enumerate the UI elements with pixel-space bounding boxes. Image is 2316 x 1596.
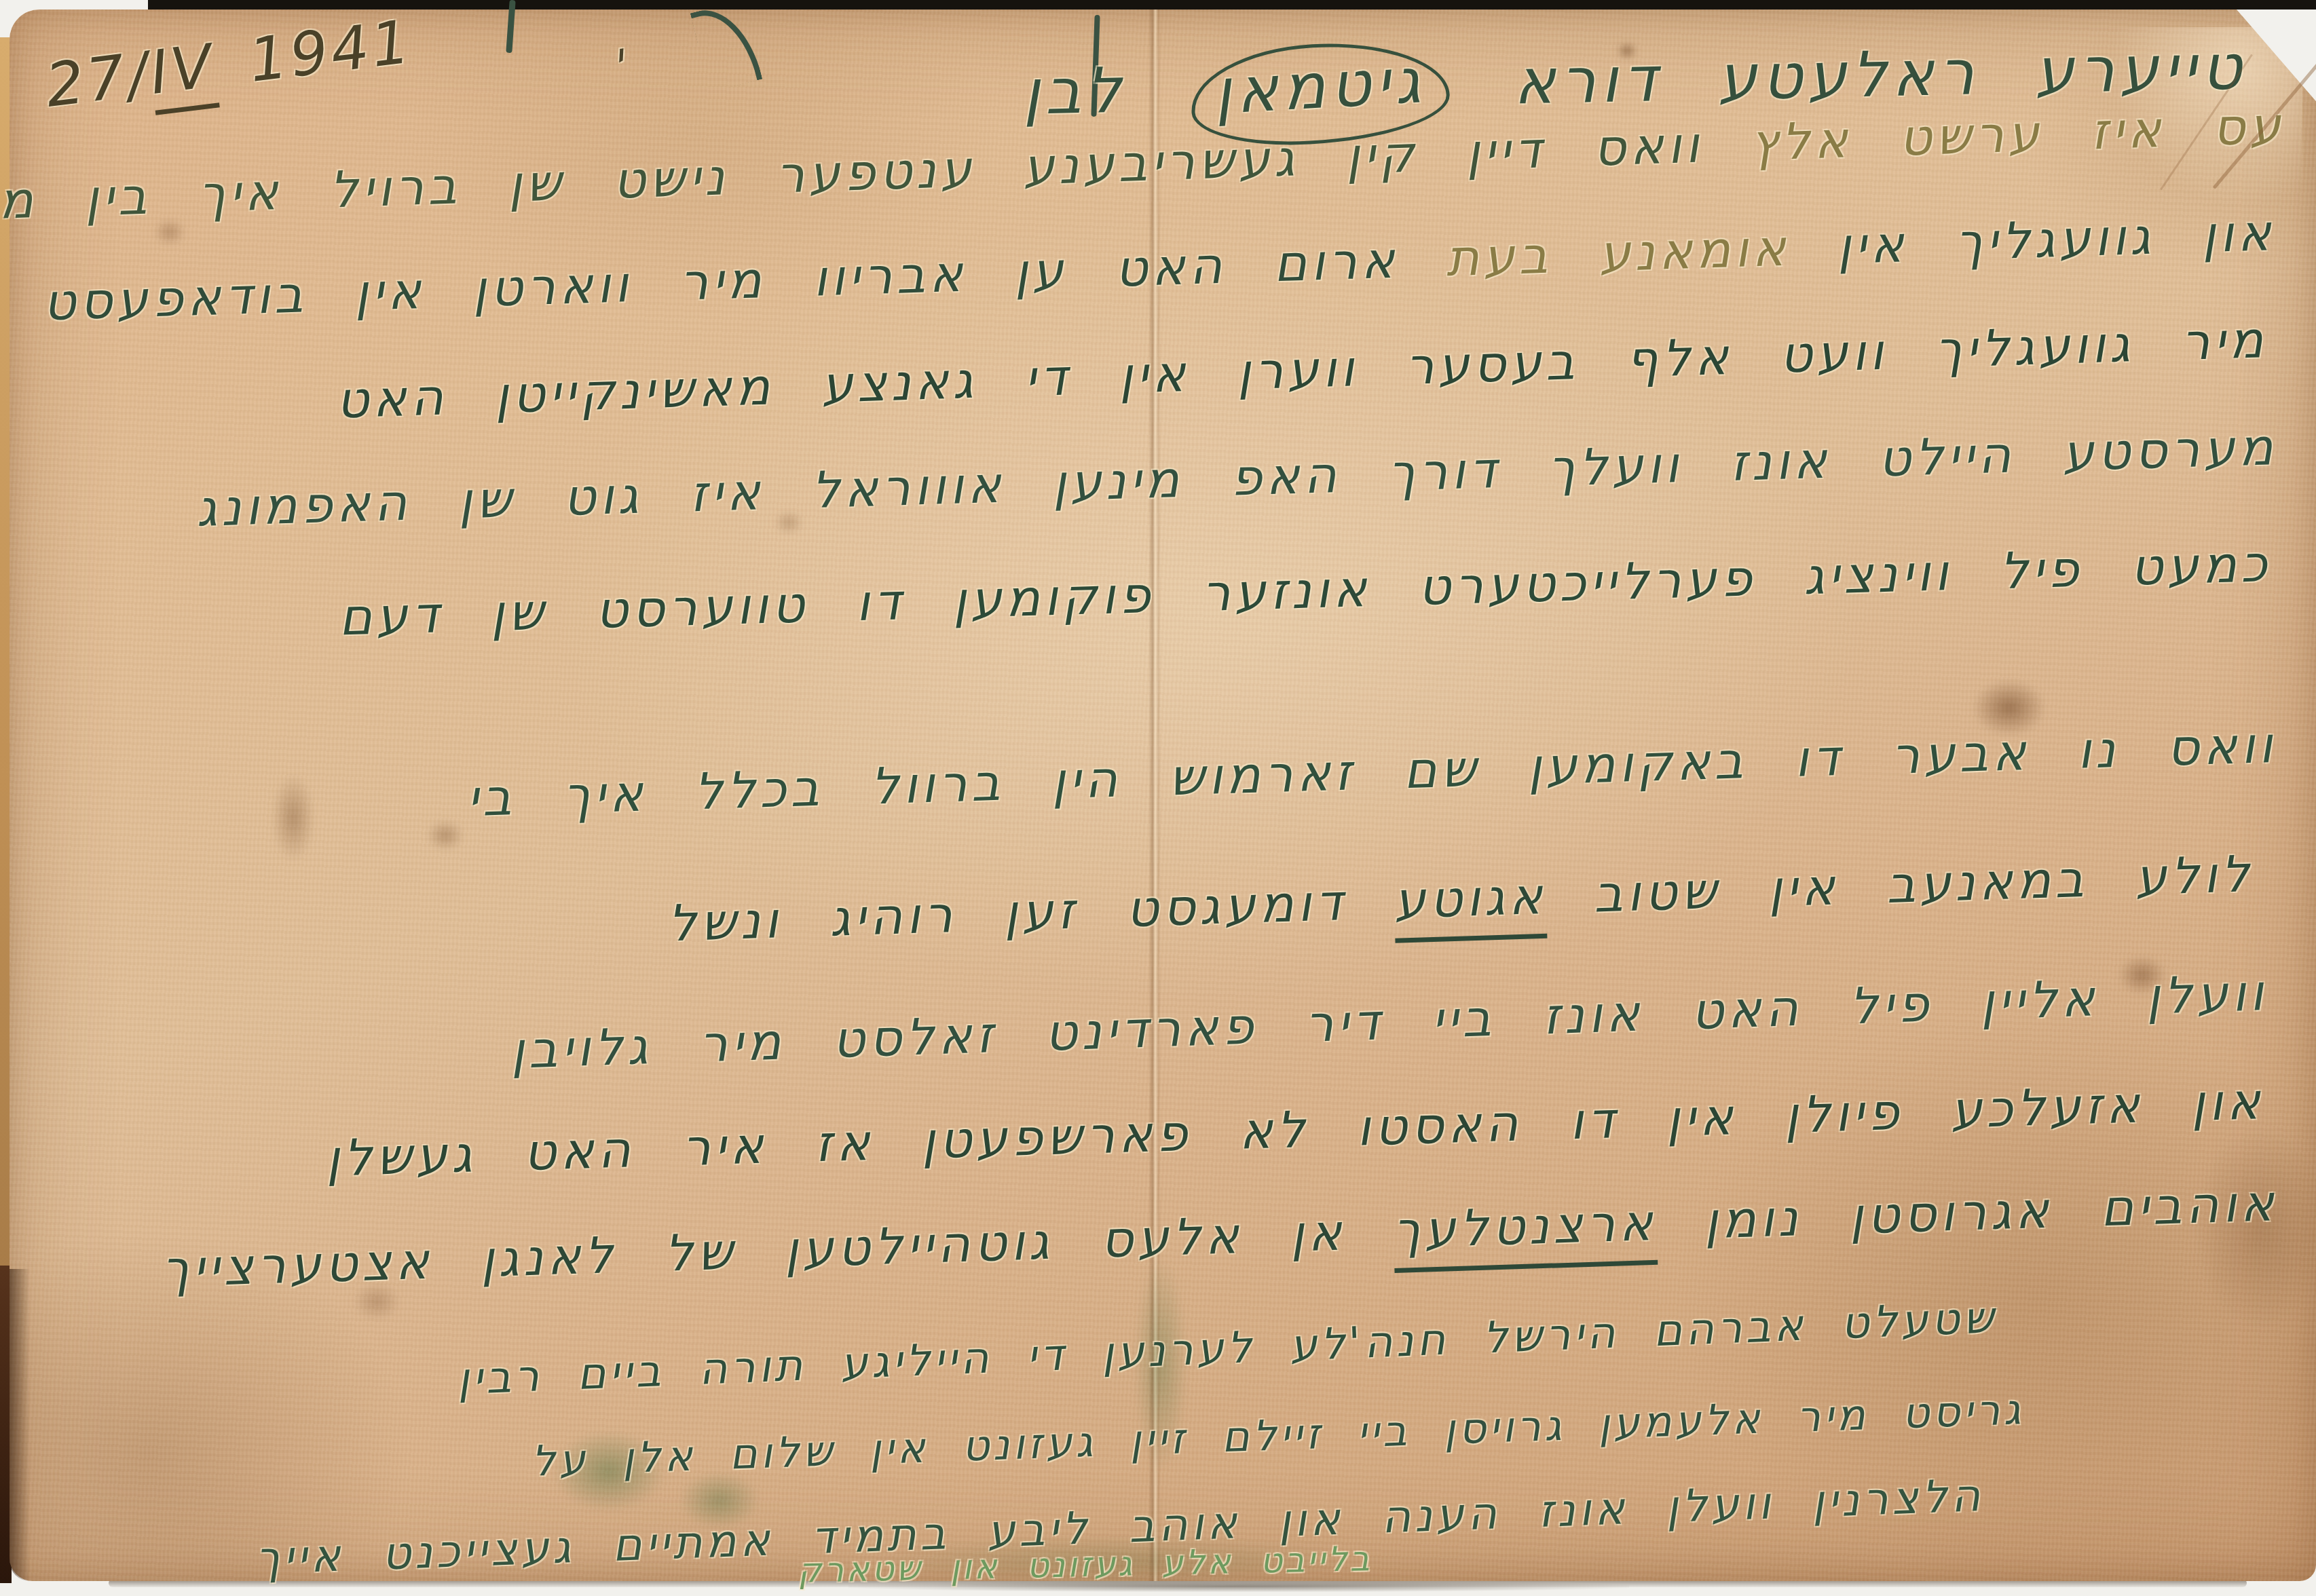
scanner-top-strip [148, 0, 2316, 10]
date-month: IV [146, 31, 219, 115]
underlined-word: ארצנטלעך [1392, 1194, 1658, 1273]
bottom-left-edge-shadow [10, 1269, 30, 1581]
word-segment: לבן [1022, 53, 1183, 129]
postcard-scan: 27/IV1941 י טייערע ראלעטע דורא גיטמאן לב… [0, 0, 2316, 1596]
foxing-spot [272, 774, 315, 862]
date-day: 27/ [42, 39, 155, 121]
foxing-spot [426, 820, 464, 851]
word-segment: אומאנע בעת [1446, 218, 1791, 288]
underlined-word: אגוטע [1394, 867, 1548, 943]
